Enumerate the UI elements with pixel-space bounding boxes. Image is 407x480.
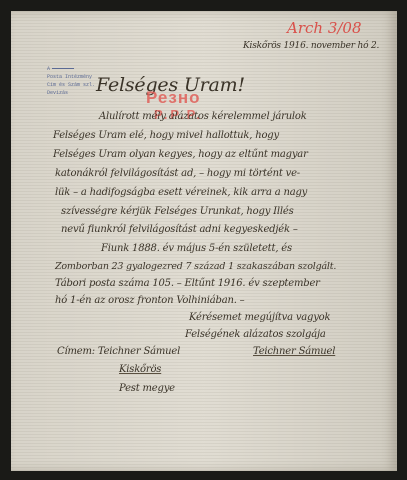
body-line: Zomborban 23 gyalogezred 7 század 1 szak…: [55, 261, 336, 272]
body-line: Alulírott mély alázatos kérelemmel járul…: [99, 111, 307, 122]
body-line: Tábori posta száma 105. – Eltűnt 1916. é…: [55, 278, 320, 289]
letter-page: Arch 3/08 Kiskőrös 1916. november hó 2. …: [11, 11, 397, 471]
body-line: katonákról felvilágosítást ad, – hogy mi…: [55, 168, 300, 179]
stamp-line: A: [47, 66, 50, 72]
body-line: szívességre kérjük Felséges Urunkat, hog…: [61, 206, 294, 217]
address-town: Kiskőrös: [119, 364, 161, 375]
address-county: Pest megye: [119, 383, 175, 394]
date-line: Kiskőrös 1916. november hó 2.: [243, 41, 379, 51]
body-line: Felséges Uram olyan kegyes, hogy az eltű…: [53, 149, 308, 160]
archive-reference-note: Arch 3/08: [287, 19, 362, 37]
stamp-line: Posta Intézmény: [47, 73, 95, 81]
body-line: nevű fiunkról felvilágosítást adni kegye…: [61, 224, 298, 235]
body-line: Fiunk 1888. év május 5-én született, és: [101, 243, 292, 254]
signature: Teichner Sámuel: [253, 346, 335, 357]
body-line: hó 1-én az orosz fronton Volhiniában. –: [55, 295, 244, 306]
stamp-line: Cím és Szám szl.: [47, 81, 95, 89]
red-stamp-top: Резно: [146, 88, 200, 108]
closing-line: Kérésemet megújítva vagyok: [189, 312, 330, 323]
stamp-rule: [52, 68, 74, 69]
blue-institution-stamp: A Posta Intézmény Cím és Szám szl. Deviz…: [47, 65, 95, 97]
closing-line: Felségének alázatos szolgája: [185, 329, 326, 340]
sender-address-label: Címem: Teichner Sámuel: [57, 346, 180, 357]
body-line: lük – a hadifogságba esett véreinek, kik…: [55, 187, 307, 198]
stamp-line: Devizás: [47, 89, 95, 97]
body-line: Felséges Uram elé, hogy mivel hallottuk,…: [53, 130, 279, 141]
